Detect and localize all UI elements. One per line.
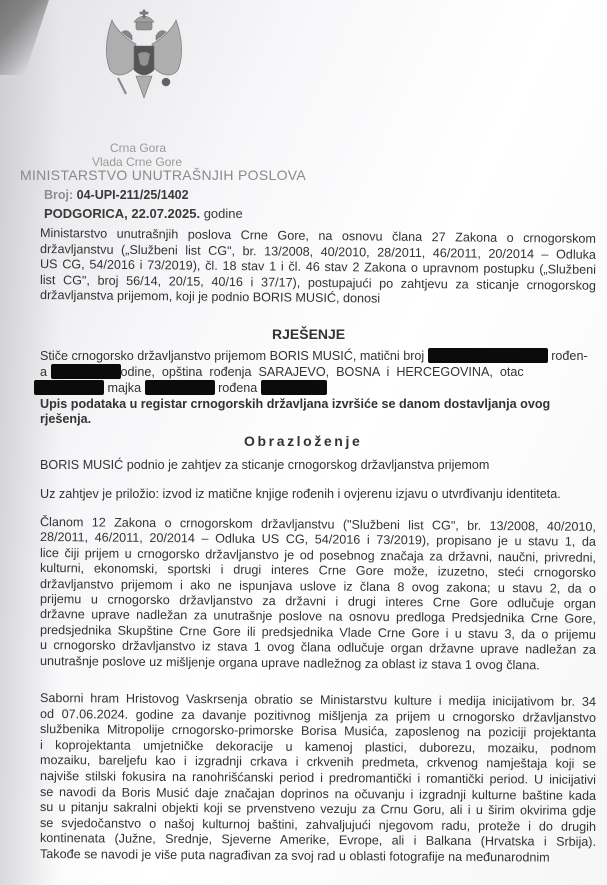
redacted-field bbox=[34, 380, 104, 395]
decision-text: Stiče crnogorsko državljanstvo prijemom … bbox=[40, 349, 424, 363]
decision-text: odine, opština rođenja SARAJEVO, BOSNA i… bbox=[121, 365, 524, 379]
redacted-field bbox=[261, 380, 327, 395]
header-ministry: MINISTARSTVO UNUTRAŠNJIH POSLOVA bbox=[20, 167, 306, 183]
place-date: PODGORICA, 22.07.2025. godine bbox=[44, 206, 243, 221]
reasoning-p4-line: kontinenata (Južne, Srednje, Sjeverne Am… bbox=[40, 831, 596, 849]
reasoning-p4-line: Takođe se navodi je više puta nagrađivan… bbox=[40, 847, 550, 865]
intro-line: državljanstva prijemom, koji je podnio B… bbox=[40, 288, 380, 306]
decision-title: RJEŠENJE bbox=[272, 326, 345, 342]
decision-bold-1: Upis podataka u registar crnogorskih drž… bbox=[40, 397, 550, 411]
decision-text: majka bbox=[108, 381, 142, 395]
decision-text: rođena bbox=[218, 381, 257, 395]
document-number-value: 04-UPI-211/25/1402 bbox=[77, 188, 189, 202]
place-date-suffix: godine bbox=[204, 206, 243, 221]
reasoning-p1: BORIS MUSIĆ podnio je zahtjev za sticanj… bbox=[40, 458, 489, 472]
decision-line-1: Stiče crnogorsko državljanstvo prijemom … bbox=[40, 348, 588, 363]
decision-line-2: a odine, opština rođenja SARAJEVO, BOSNA… bbox=[40, 364, 524, 379]
reasoning-p4-line: službenika Mitropolije crnogorsko-primor… bbox=[40, 722, 596, 740]
document-number: Broj: 04-UPI-211/25/1402 bbox=[44, 188, 189, 202]
decision-line-3: majka rođena bbox=[34, 380, 327, 395]
reasoning-p3-line: unutrašnje poslove uz mišljenje organa u… bbox=[40, 654, 540, 672]
redacted-field bbox=[51, 364, 121, 379]
place-date-value: PODGORICA, 22.07.2025. bbox=[44, 206, 200, 221]
montenegro-coat-of-arms-icon bbox=[96, 6, 192, 114]
decision-text: rođen- bbox=[551, 349, 587, 363]
reasoning-p4-line: su u pitanju sakralni objekti koji se pr… bbox=[40, 800, 596, 818]
redacted-field bbox=[428, 348, 548, 363]
decision-bold-2: rješenja. bbox=[40, 412, 91, 426]
reasoning-p4-line: Saborni hram Hristovog Vaskrsenja obrati… bbox=[40, 691, 596, 709]
reasoning-p2: Uz zahtjev je priložio: izvod iz matične… bbox=[40, 487, 561, 501]
decision-text: a bbox=[40, 365, 47, 379]
redacted-field bbox=[145, 380, 215, 395]
header-country: Crna Gora bbox=[110, 141, 166, 155]
document-page: Crna Gora Vlada Crne Gore MINISTARSTVO U… bbox=[0, 0, 607, 885]
reasoning-p4-line: najviše stilski fokusira na ranohrišćans… bbox=[40, 769, 596, 787]
reasoning-title: Obrazloženje bbox=[244, 433, 362, 449]
reasoning-p4-line: mozaiku, bareljefu kao i izgradnji crkav… bbox=[40, 753, 596, 771]
document-number-label: Broj: bbox=[44, 188, 73, 202]
